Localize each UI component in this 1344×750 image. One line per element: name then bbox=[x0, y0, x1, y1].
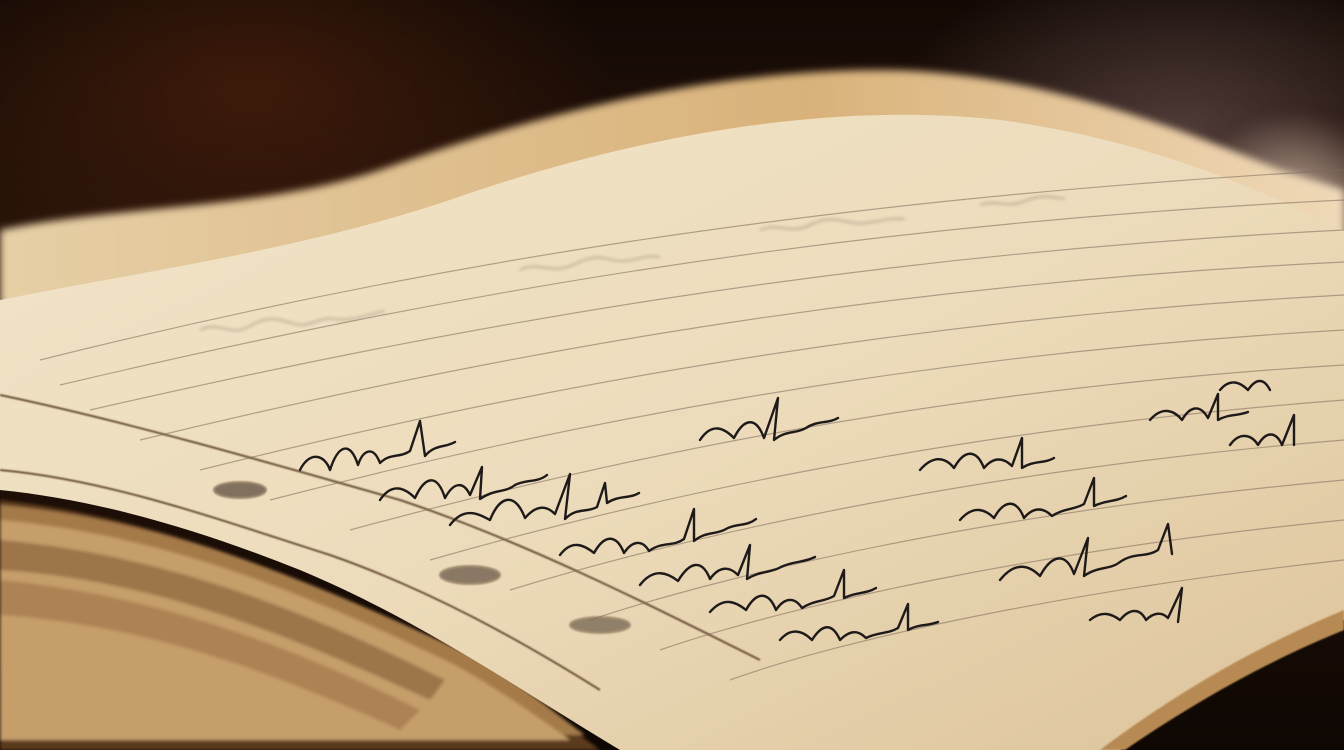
notebook-illustration bbox=[0, 0, 1344, 750]
photo-scene: Close-up of an old notebook with handwri… bbox=[0, 0, 1344, 750]
